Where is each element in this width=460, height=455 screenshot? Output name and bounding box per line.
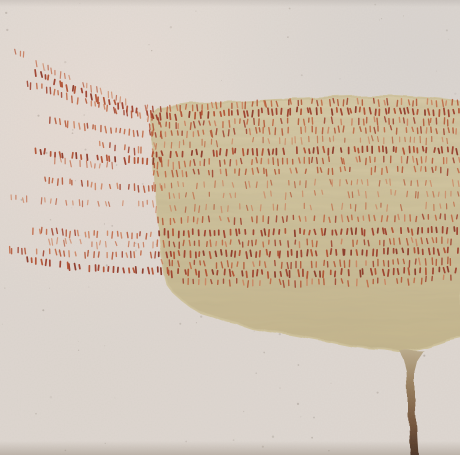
- painting-canvas: [0, 0, 460, 455]
- artwork-photo: [0, 0, 460, 455]
- canvas-grain-texture: [0, 0, 460, 455]
